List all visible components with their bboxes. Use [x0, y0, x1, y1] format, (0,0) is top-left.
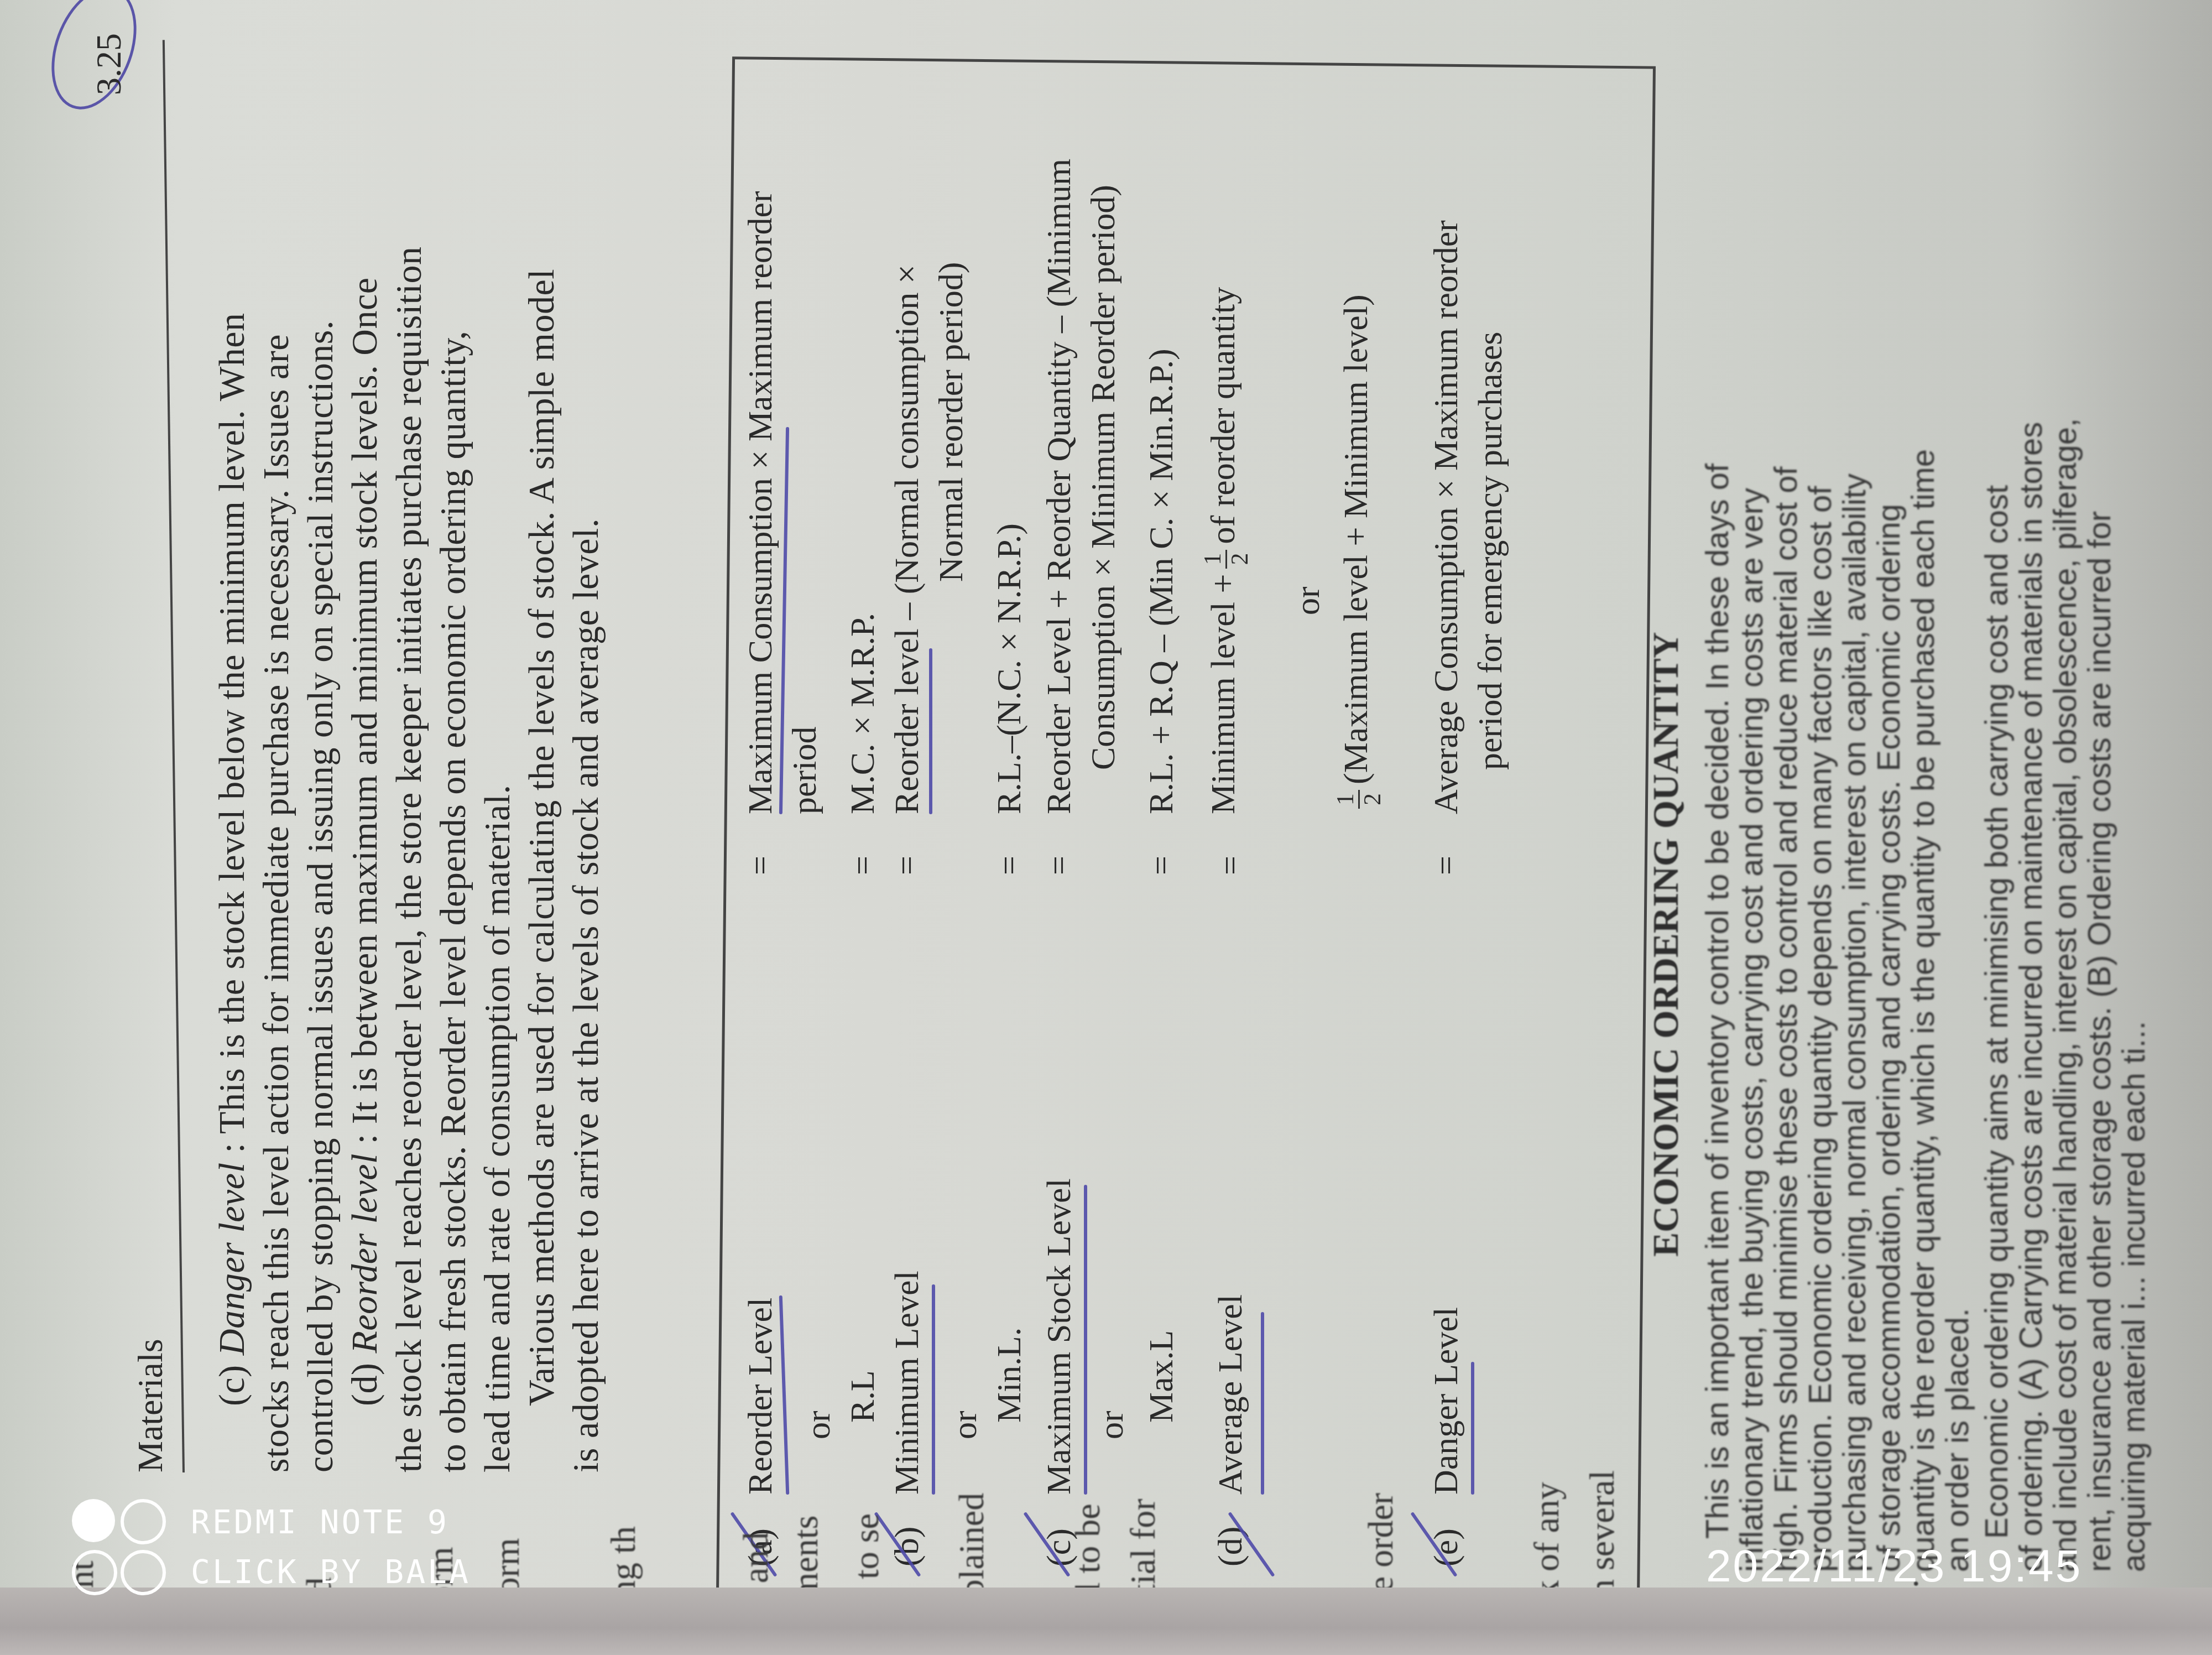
- paragraph-line: Economic ordering quantity aims at minim…: [1980, 485, 2014, 1539]
- formula-term: or: [946, 1411, 985, 1439]
- formula-expression: Reorder level – (Normal consumption ×: [888, 264, 927, 814]
- paragraph-line: the stock level reaches reorder level, t…: [387, 247, 431, 1472]
- formula-term: Average Level: [1211, 1294, 1250, 1495]
- equals-sign: =: [990, 856, 1029, 875]
- equals-sign: =: [1040, 856, 1079, 875]
- paragraph-line: to obtain fresh stocks. Reorder level de…: [431, 330, 476, 1472]
- paragraph-line: production. Economic ordering quantity d…: [1803, 486, 1838, 1572]
- textbook-page: Materials 3.25 (c) Danger level : This i…: [0, 0, 2212, 1655]
- term-italic: Danger level: [212, 1163, 252, 1356]
- paragraph-line: high. Firms should minimise these costs …: [1769, 466, 1803, 1572]
- paragraph-line: rent, insurance and other storage costs.…: [2083, 511, 2117, 1572]
- formula-expression: 12(Maximum level + Minimum level): [1333, 294, 1385, 814]
- formula-term: or: [799, 1411, 838, 1439]
- paragraph-line: inflationary trend, the buying costs, ca…: [1735, 488, 1769, 1572]
- paragraph-line: quantity is the reorder quantity, which …: [1906, 449, 1940, 1572]
- equals-sign: =: [741, 856, 780, 875]
- formula-term: Reorder Level: [741, 1298, 780, 1495]
- watermark-timestamp: 2022/11/23 19:45: [1706, 1540, 2082, 1592]
- term-italic: Reorder level: [345, 1153, 385, 1353]
- formula-term: Max.L: [1142, 1330, 1181, 1423]
- paragraph-line: and include cost of material handling, i…: [2048, 418, 2083, 1572]
- formula-expression: M.C. × M.R.P.: [843, 613, 883, 814]
- fraction: 12: [1333, 790, 1385, 809]
- formula-continuation: period: [785, 727, 825, 814]
- paragraph-line: acquiring material i... incurred each ti…: [2117, 1021, 2151, 1572]
- formula-term: Minimum Level: [888, 1271, 927, 1495]
- equals-sign: =: [843, 856, 883, 875]
- pen-underline: [932, 1284, 935, 1495]
- paragraph-line: lead time and rate of consumption of mat…: [476, 784, 520, 1472]
- formula-list: (a)Reorder Level=Maximum Consumption × M…: [730, 73, 1626, 1578]
- watermark-credit: CLICK BY BALA: [191, 1553, 471, 1591]
- formula-continuation: Consumption × Minimum Reorder period): [1084, 185, 1123, 770]
- pen-underline: [779, 1295, 790, 1495]
- pen-underline: [929, 648, 932, 814]
- formula-expression: Maximum Consumption × Maximum reorder: [741, 191, 780, 814]
- section-title: ECONOMIC ORDERING QUANTITY: [1645, 632, 1687, 1257]
- paragraph-line: Various methods are used for calculating…: [520, 269, 564, 1406]
- formula-term: or: [1092, 1411, 1131, 1439]
- formula-expression: R.L.–(N.C. × N.R.P.): [990, 523, 1029, 814]
- paragraph-line: is adopted here to arrive at the levels …: [564, 518, 608, 1472]
- pen-underline: [1261, 1312, 1264, 1495]
- paragraph-line: of ordering. (A) Carrying costs are incu…: [2014, 422, 2048, 1572]
- equals-sign: =: [888, 856, 927, 875]
- page-gutter-shadow: [0, 1588, 2212, 1655]
- running-head: Materials: [130, 1339, 171, 1472]
- formula-expression: Minimum level +12of reorder quantity: [1200, 287, 1253, 814]
- formula-term: Danger Level: [1427, 1307, 1466, 1495]
- or-separator: or: [1288, 586, 1328, 615]
- paragraph-line: an order is placed.: [1940, 1308, 1975, 1572]
- paragraph-line: of storage accommodation, ordering and c…: [1872, 504, 1906, 1572]
- formula-term: R.L: [843, 1370, 883, 1423]
- pen-underline: [1471, 1362, 1474, 1495]
- formula-term: Maximum Stock Level: [1040, 1178, 1079, 1495]
- formula-expression: R.L. + R.Q – (Min C. × Min.R.P.): [1142, 348, 1181, 814]
- header-rule: [163, 40, 185, 1472]
- formula-continuation: period for emergency purchases: [1471, 332, 1510, 770]
- formula-continuation: Normal reorder period): [932, 262, 971, 582]
- formula-term: Min.L.: [990, 1328, 1029, 1423]
- paragraph-line: This is an important item of inventory c…: [1700, 464, 1735, 1539]
- formula-expression: Average Consumption × Maximum reorder: [1427, 220, 1466, 814]
- equals-sign: =: [1211, 856, 1250, 875]
- photo-background: Materials 3.25 (c) Danger level : This i…: [0, 0, 2212, 1655]
- formula-expression: Reorder Level + Reorder Quantity – (Mini…: [1040, 159, 1079, 814]
- camera-watermark-logo-icon: [72, 1499, 171, 1593]
- page-number: 3.25: [88, 33, 129, 95]
- paragraph-line: controlled by stopping normal issues and…: [299, 320, 343, 1472]
- paragraph-line: stocks reach this level action for immed…: [254, 334, 299, 1472]
- paragraph-line: (c) Danger level : This is the stock lev…: [210, 313, 254, 1406]
- watermark-device-model: REDMI NOTE 9: [191, 1503, 449, 1541]
- pen-underline: [1084, 1185, 1087, 1495]
- fraction: 12: [1200, 550, 1253, 569]
- paragraph-line: (d) Reorder level : It is between maximu…: [343, 277, 387, 1406]
- paragraph-line: purchasing and receiving, normal consump…: [1838, 473, 1872, 1572]
- equals-sign: =: [1142, 856, 1181, 875]
- equals-sign: =: [1427, 856, 1466, 875]
